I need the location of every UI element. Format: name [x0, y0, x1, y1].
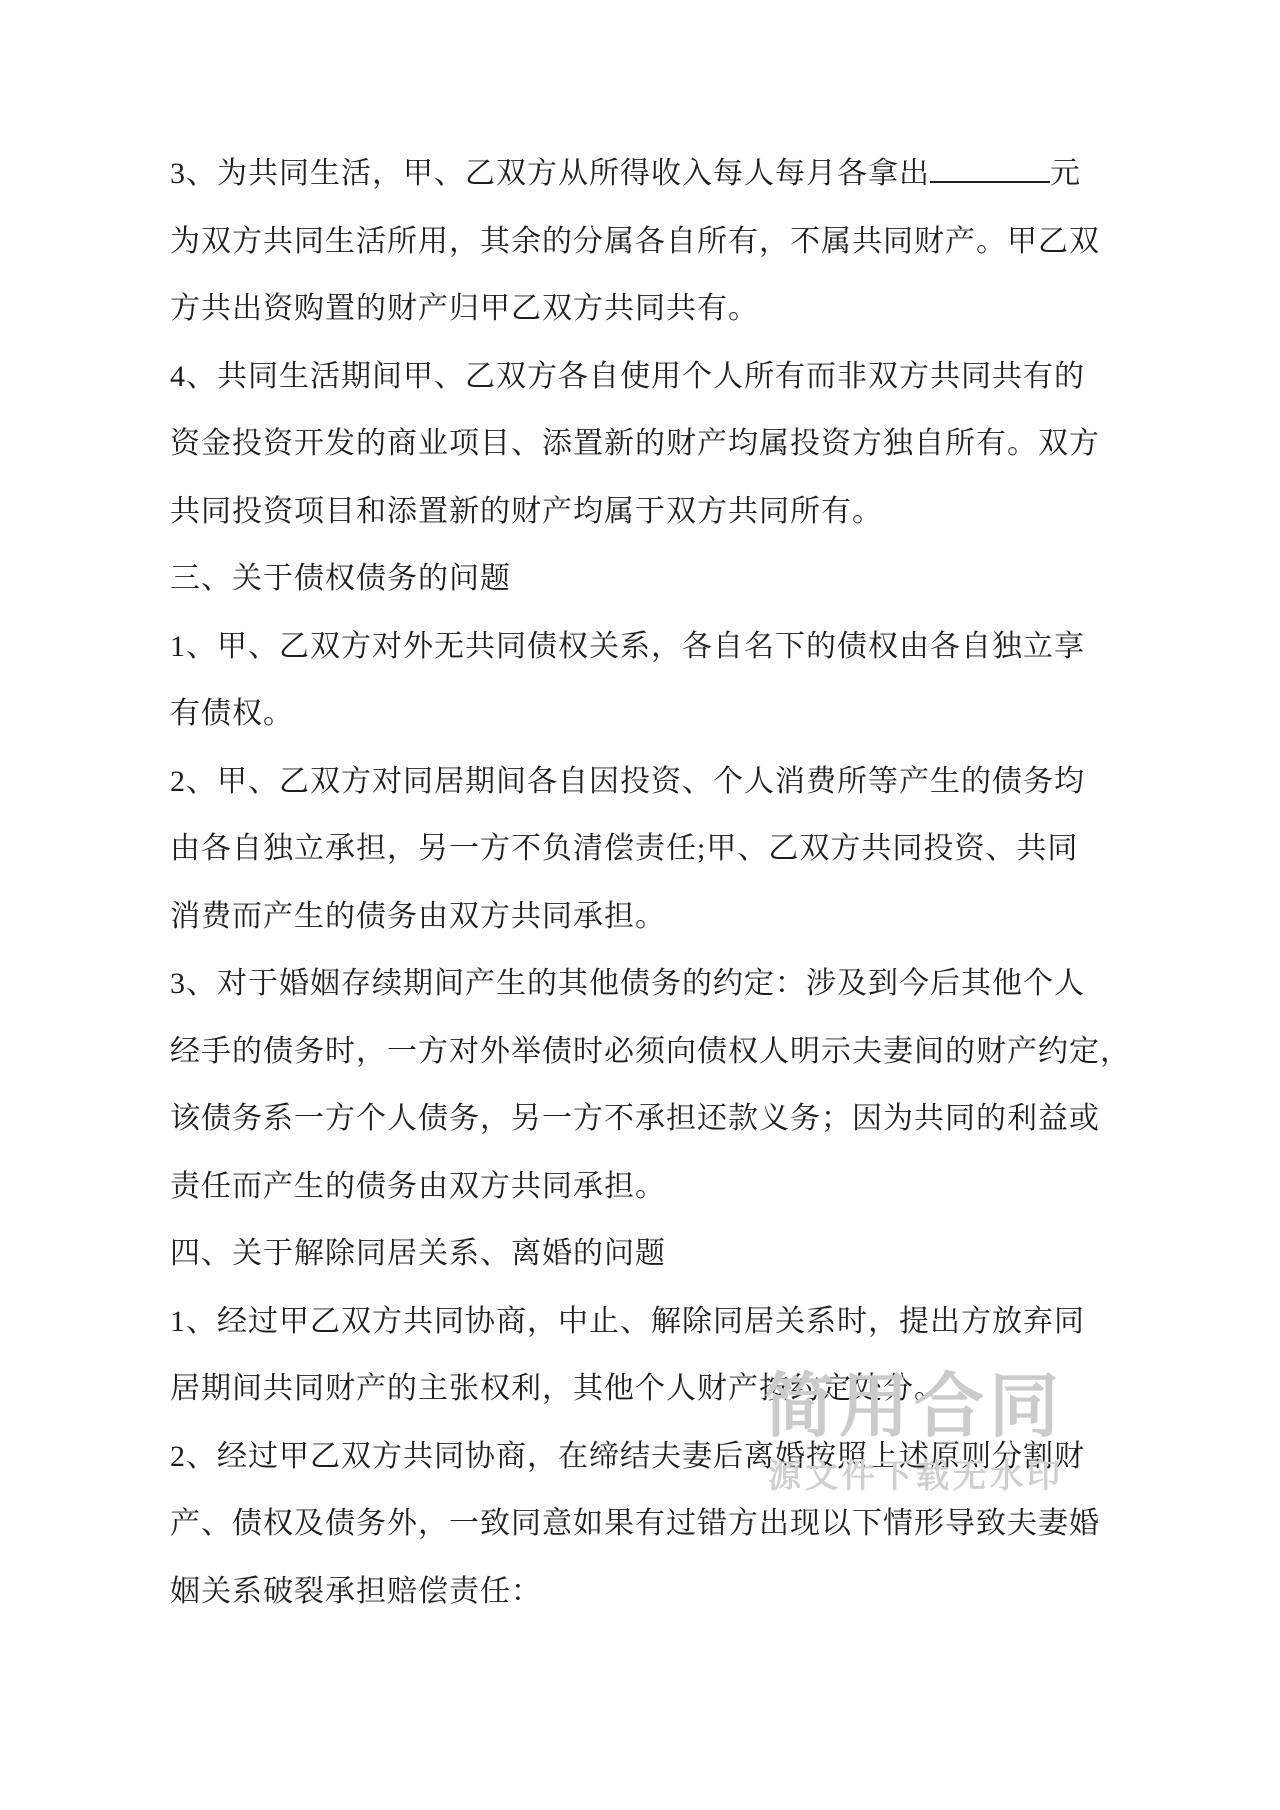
- document-line: 四、关于解除同居关系、离婚的问题: [170, 1220, 1150, 1288]
- document-line: 3、为共同生活，甲、乙双方从所得收入每人每月各拿出元: [170, 140, 1150, 208]
- document-line: 消费而产生的债务由双方共同承担。: [170, 883, 1150, 951]
- watermark-tagline-text: 源文件下载无水印: [764, 1456, 1064, 1496]
- document-line: 2、甲、乙双方对同居期间各自因投资、个人消费所等产生的债务均: [170, 748, 1150, 816]
- watermark: 简用合同 源文件下载无水印: [764, 1366, 1064, 1496]
- document-line: 责任而产生的债务由双方共同承担。: [170, 1153, 1150, 1221]
- document-line: 有债权。: [170, 680, 1150, 748]
- document-line: 姻关系破裂承担赔偿责任：: [170, 1558, 1150, 1626]
- document-line: 4、共同生活期间甲、乙双方各自使用个人所有而非双方共同共有的: [170, 343, 1150, 411]
- text-segment: 3、为共同生活，甲、乙双方从所得收入每人每月各拿出: [170, 157, 930, 190]
- document-line: 为双方共同生活所用，其余的分属各自所有，不属共同财产。甲乙双: [170, 208, 1150, 276]
- document-line: 1、经过甲乙双方共同协商，中止、解除同居关系时，提出方放弃同: [170, 1288, 1150, 1356]
- watermark-logo-text: 简用合同: [764, 1366, 1064, 1446]
- document-line: 由各自独立承担，另一方不负清偿责任;甲、乙双方共同投资、共同: [170, 815, 1150, 883]
- document-page: 3、为共同生活，甲、乙双方从所得收入每人每月各拿出元为双方共同生活所用，其余的分…: [0, 0, 1280, 1810]
- document-line: 3、对于婚姻存续期间产生的其他债务的约定：涉及到今后其他个人: [170, 950, 1150, 1018]
- document-line: 方共出资购置的财产归甲乙双方共同共有。: [170, 275, 1150, 343]
- document-line: 三、关于债权债务的问题: [170, 545, 1150, 613]
- document-line: 共同投资项目和添置新的财产均属于双方共同所有。: [170, 478, 1150, 546]
- document-line: 资金投资开发的商业项目、添置新的财产均属投资方独自所有。双方: [170, 410, 1150, 478]
- document-line: 1、甲、乙双方对外无共同债权关系，各自名下的债权由各自独立享: [170, 613, 1150, 681]
- text-segment: 元: [1050, 157, 1081, 190]
- fill-in-blank-line: [930, 151, 1050, 183]
- document-line: 产、债权及债务外，一致同意如果有过错方出现以下情形导致夫妻婚: [170, 1490, 1150, 1558]
- document-line: 经手的债务时，一方对外举债时必须向债权人明示夫妻间的财产约定，: [170, 1018, 1150, 1086]
- document-line: 该债务系一方个人债务，另一方不承担还款义务；因为共同的利益或: [170, 1085, 1150, 1153]
